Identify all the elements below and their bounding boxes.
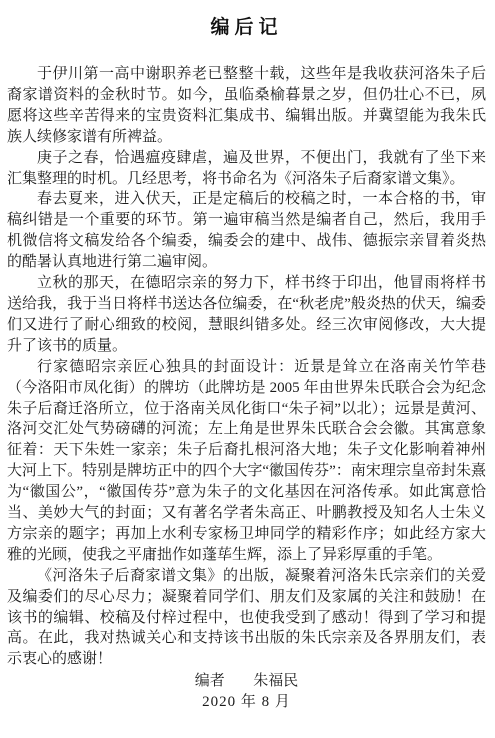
editor-role-label: 编者 (195, 673, 225, 689)
editor-signature: 编者朱福民 (7, 671, 486, 692)
page-title: 编后记 (7, 12, 486, 39)
signature-block: 编者朱福民 2020 年 8 月 (7, 671, 486, 713)
paragraph-retirement-intro: 于伊川第一高中谢职养老已整整十载，这些年是我收获河洛朱子后裔家谱资料的金秋时节。… (7, 64, 486, 148)
paragraph-second-review: 春去夏来，进入伏天，正是定稿后的校稿之时，一本合格的书，审稿纠错是一个重要的环节… (7, 189, 486, 273)
body-text: 于伊川第一高中谢职养老已整整十载，这些年是我收获河洛朱子后裔家谱资料的金秋时节。… (7, 64, 486, 670)
editor-name: 朱福民 (253, 673, 298, 689)
paragraph-cover-design: 行家德昭宗亲匠心独具的封面设计：近景是耸立在洛南关竹竿巷（今洛阳市凤化街）的牌坊… (7, 357, 486, 566)
document-page: 编后记 于伊川第一高中谢职养老已整整十载，这些年是我收获河洛朱子后裔家谱资料的金… (0, 0, 495, 738)
paragraph-acknowledgements: 《河洛朱子后裔家谱文集》的出版，凝聚着河洛朱氏宗亲们的关爱及编委们的尽心尽力；凝… (7, 566, 486, 671)
publication-date: 2020 年 8 月 (7, 692, 486, 713)
paragraph-proof-copy: 立秋的那天，在德昭宗亲的努力下，样书终于印出，他冒雨将样书送给我，我于当日将样书… (7, 273, 486, 357)
paragraph-naming-the-book: 庚子之春，恰遇瘟疫肆虐，遍及世界，不便出门，我就有了坐下来汇集整理的时机。几经思… (7, 148, 486, 190)
